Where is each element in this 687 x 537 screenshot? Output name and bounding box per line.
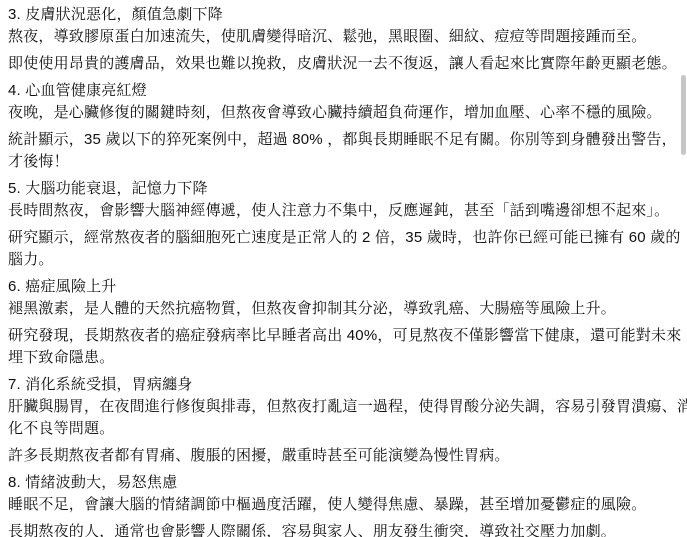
text-line: 許多長期熬夜者都有胃痛、腹脹的困擾，嚴重時甚至可能演變為慢性胃病。 <box>8 445 687 467</box>
article-text: 3. 皮膚狀況惡化，顏值急劇下降 熬夜，導致膠原蛋白加速流失，使肌膚變得暗沉、鬆… <box>0 0 687 537</box>
paragraph: 7. 消化系統受損，胃病纏身 肝臟與腸胃，在夜間進行修復與排毒，但熬夜打亂這一過… <box>8 374 687 440</box>
paragraph: 4. 心血管健康亮紅燈 夜晚，是心臟修復的關鍵時刻，但熬夜會導致心臟持續超負荷運… <box>8 80 687 124</box>
text-line: 長時間熬夜，會影響大腦神經傳遞，使人注意力不集中，反應遲鈍，甚至「話到嘴邊卻想不… <box>8 200 687 222</box>
paragraph: 長期熬夜的人，通常也會影響人際關係，容易與家人、朋友發生衝突，導致社交壓力加劇。 <box>8 521 687 537</box>
text-line: 熬夜，導致膠原蛋白加速流失，使肌膚變得暗沉、鬆弛，黑眼圈、細紋、痘痘等問題接踵而… <box>8 26 687 48</box>
section-heading: 6. 癌症風險上升 <box>8 276 687 298</box>
paragraph: 研究發現，長期熬夜者的癌症發病率比早睡者高出 40%，可見熬夜不僅影響當下健康，… <box>8 325 687 369</box>
text-line: 肝臟與腸胃，在夜間進行修復與排毒，但熬夜打亂這一過程，使得胃酸分泌失調，容易引發… <box>8 396 687 418</box>
paragraph: 6. 癌症風險上升 褪黑激素，是人體的天然抗癌物質，但熬夜會抑制其分泌，導致乳癌… <box>8 276 687 320</box>
paragraph: 5. 大腦功能衰退，記憶力下降 長時間熬夜，會影響大腦神經傳遞，使人注意力不集中… <box>8 178 687 222</box>
text-line: 才後悔！ <box>8 151 687 173</box>
text-line: 統計顯示，35 歲以下的猝死案例中，超過 80% ，都與長期睡眠不足有關。你別等… <box>8 129 687 151</box>
text-line: 埋下致命隱患。 <box>8 347 687 369</box>
section-heading: 4. 心血管健康亮紅燈 <box>8 80 687 102</box>
text-line: 褪黑激素，是人體的天然抗癌物質，但熬夜會抑制其分泌，導致乳癌、大腸癌等風險上升。 <box>8 298 687 320</box>
section-heading: 7. 消化系統受損，胃病纏身 <box>8 374 687 396</box>
text-line: 睡眠不足，會讓大腦的情緒調節中樞過度活躍，使人變得焦慮、暴躁，甚至增加憂鬱症的風… <box>8 494 687 516</box>
text-line: 腦力。 <box>8 249 687 271</box>
paragraph: 即使使用昂貴的護膚品，效果也難以挽救，皮膚狀況一去不復返，讓人看起來比實際年齡更… <box>8 53 687 75</box>
section-heading: 8. 情緒波動大，易怒焦慮 <box>8 472 687 494</box>
text-line: 即使使用昂貴的護膚品，效果也難以挽救，皮膚狀況一去不復返，讓人看起來比實際年齡更… <box>8 53 687 75</box>
paragraph: 統計顯示，35 歲以下的猝死案例中，超過 80% ，都與長期睡眠不足有關。你別等… <box>8 129 687 173</box>
scrollbar-thumb[interactable] <box>681 75 686 155</box>
section-heading: 5. 大腦功能衰退，記憶力下降 <box>8 178 687 200</box>
paragraph: 8. 情緒波動大，易怒焦慮 睡眠不足，會讓大腦的情緒調節中樞過度活躍，使人變得焦… <box>8 472 687 516</box>
text-line: 夜晚，是心臟修復的關鍵時刻，但熬夜會導致心臟持續超負荷運作，增加血壓、心率不穩的… <box>8 102 687 124</box>
text-line: 研究顯示，經常熬夜者的腦細胞死亡速度是正常人的 2 倍，35 歲時，也許你已經可… <box>8 227 687 249</box>
section-heading: 3. 皮膚狀況惡化，顏值急劇下降 <box>8 4 687 26</box>
text-line: 化不良等問題。 <box>8 418 687 440</box>
text-line: 長期熬夜的人，通常也會影響人際關係，容易與家人、朋友發生衝突，導致社交壓力加劇。 <box>8 521 687 537</box>
text-line: 研究發現，長期熬夜者的癌症發病率比早睡者高出 40%，可見熬夜不僅影響當下健康，… <box>8 325 687 347</box>
paragraph: 3. 皮膚狀況惡化，顏值急劇下降 熬夜，導致膠原蛋白加速流失，使肌膚變得暗沉、鬆… <box>8 4 687 48</box>
paragraph: 研究顯示，經常熬夜者的腦細胞死亡速度是正常人的 2 倍，35 歲時，也許你已經可… <box>8 227 687 271</box>
paragraph: 許多長期熬夜者都有胃痛、腹脹的困擾，嚴重時甚至可能演變為慢性胃病。 <box>8 445 687 467</box>
